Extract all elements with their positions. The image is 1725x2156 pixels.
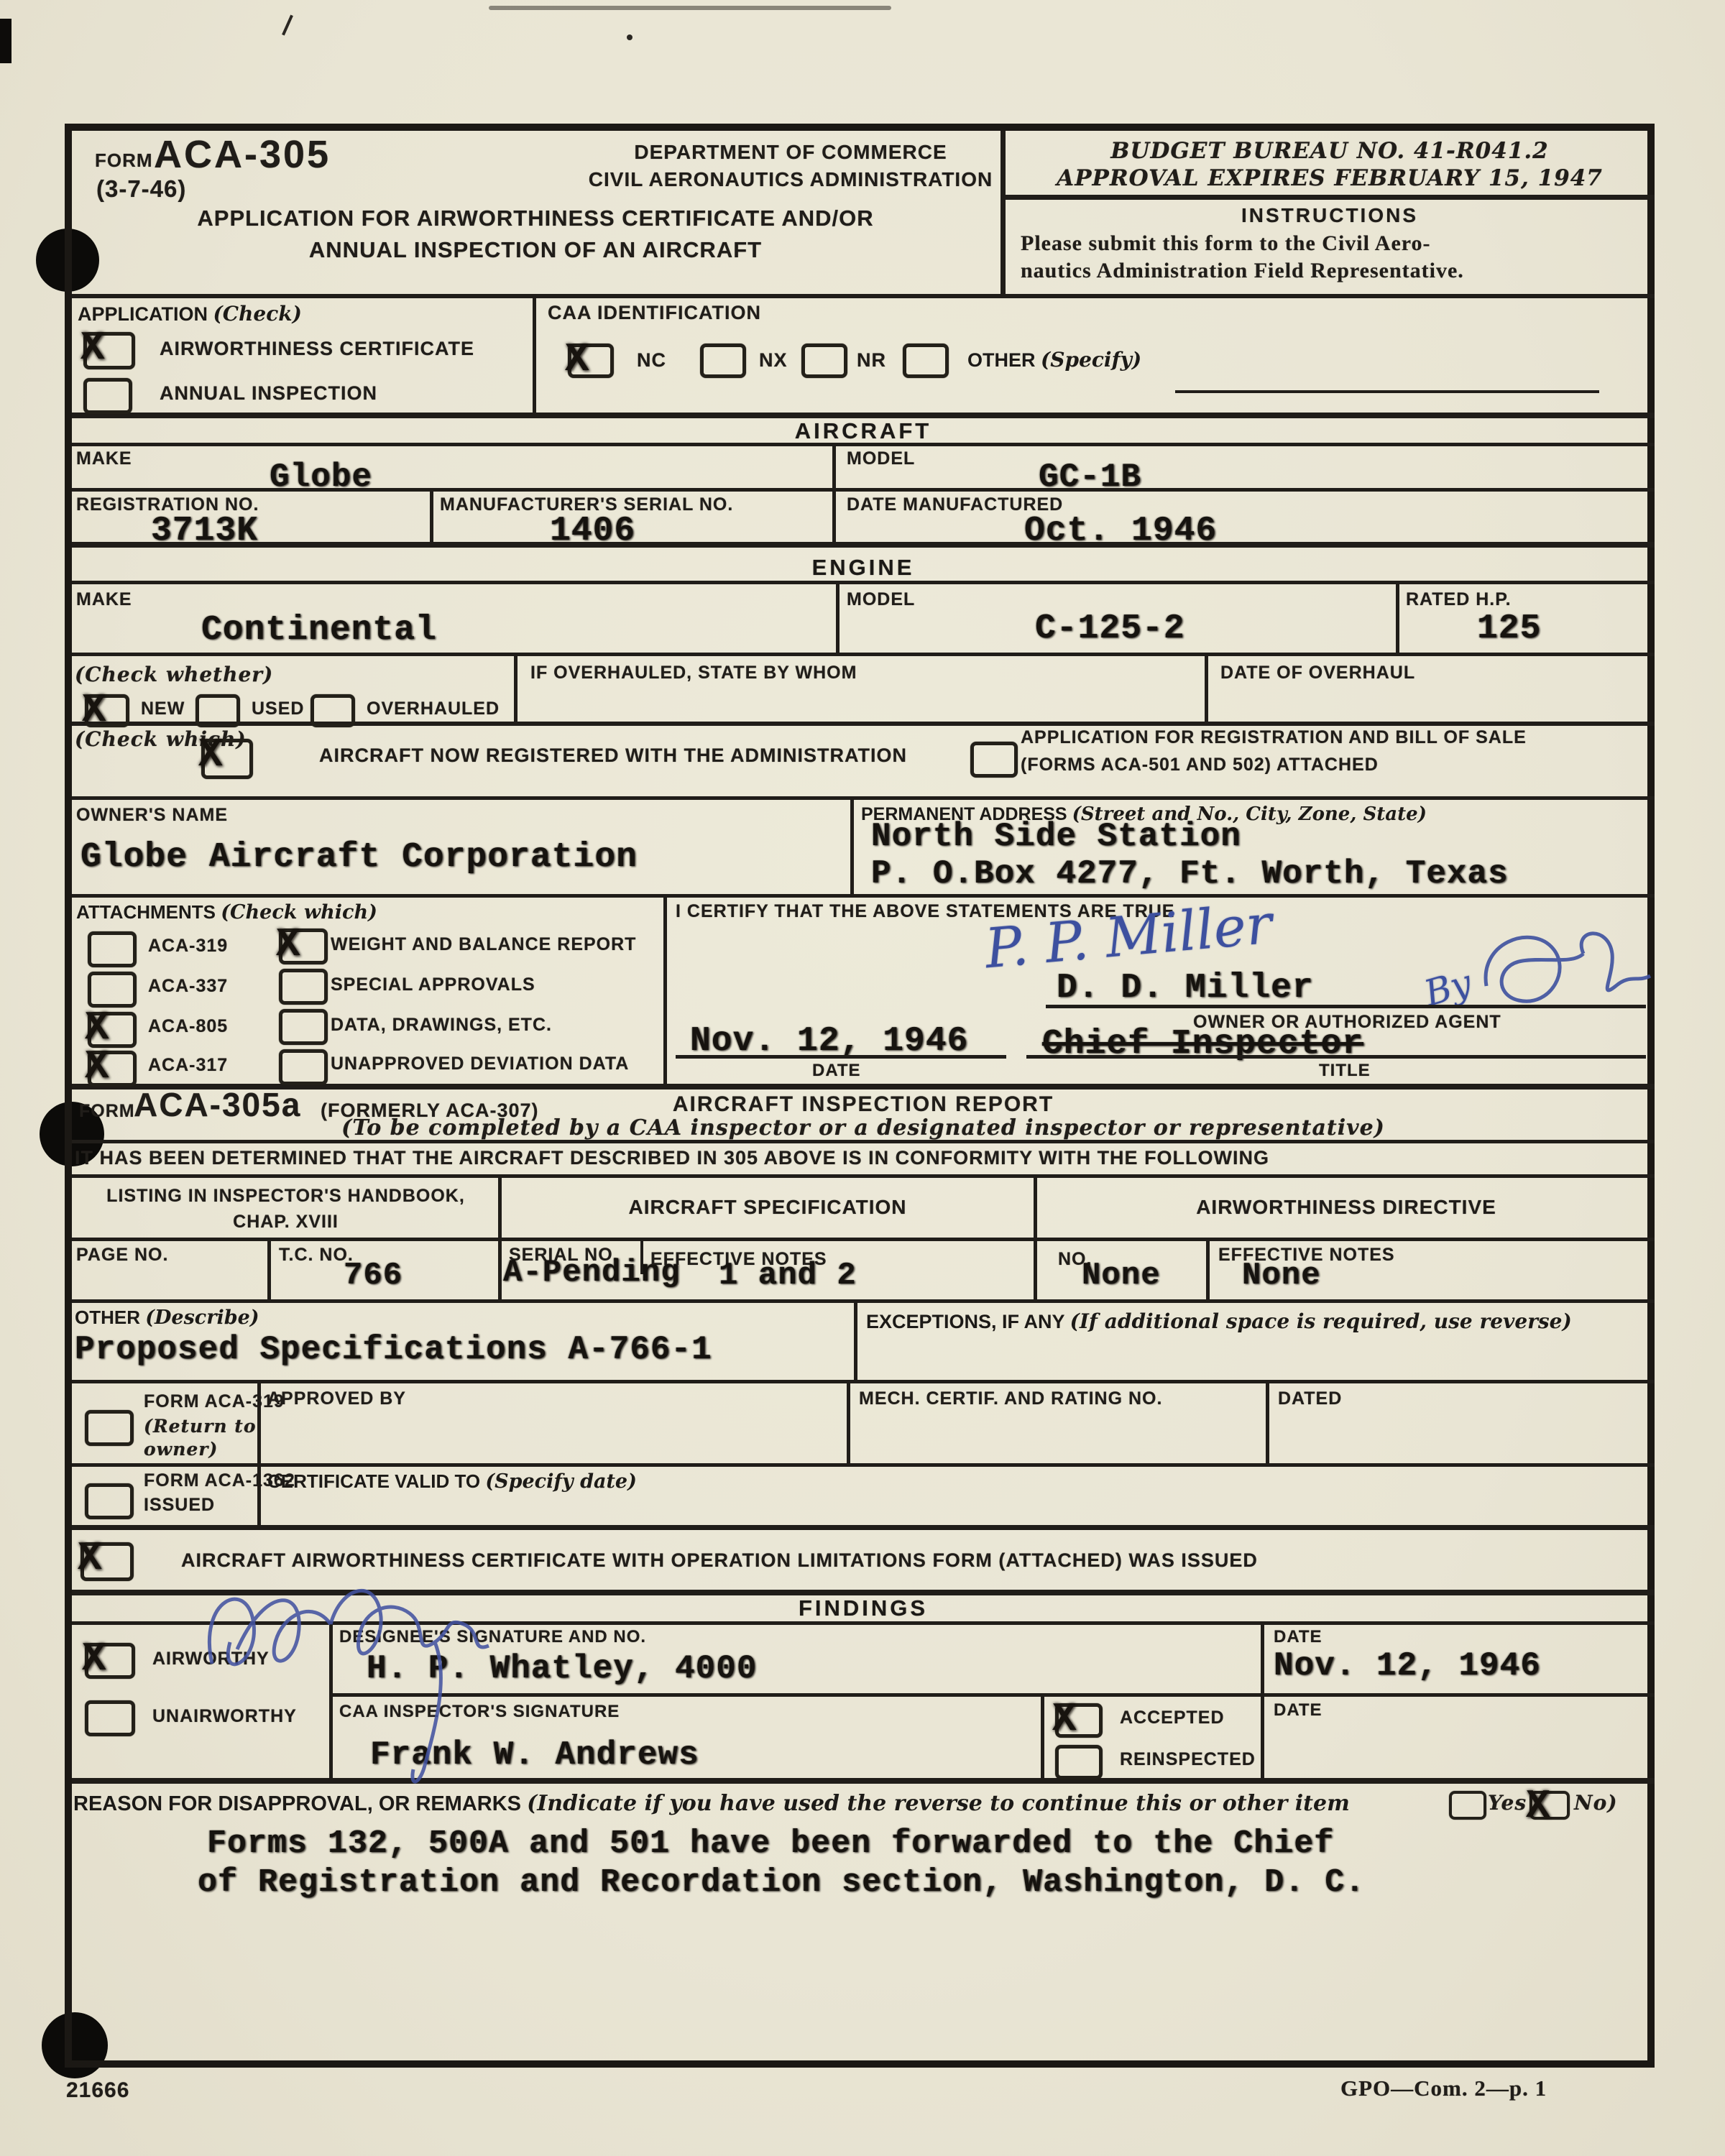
divider (72, 722, 1655, 726)
certification-date-label: DATE (812, 1061, 861, 1081)
registration-no-value: 3713K (151, 512, 258, 550)
overhauled-by-whom-label: IF OVERHAULED, STATE BY WHOM (530, 663, 857, 683)
weight-balance-label: WEIGHT AND BALANCE REPORT (331, 934, 636, 955)
findings-date1-label: DATE (1274, 1627, 1322, 1647)
reason-yes-checkbox[interactable] (1449, 1791, 1486, 1820)
scan-edge-mark (0, 19, 11, 63)
divider (1261, 1625, 1264, 1779)
data-drawings-label: DATA, DRAWINGS, ETC. (331, 1015, 552, 1036)
divider (72, 581, 1655, 584)
form-word: FORM (95, 149, 153, 172)
other-describe-label-hint: (Describe) (145, 1307, 259, 1329)
annual-inspection-checkbox[interactable] (83, 378, 132, 414)
mech-certif-label: MECH. CERTIF. AND RATING NO. (859, 1388, 1162, 1409)
instructions-line2: nautics Administration Field Representat… (1021, 259, 1464, 283)
divider (1005, 195, 1655, 200)
weight-balance-checkbox[interactable]: X (279, 929, 328, 964)
tc-no-label: T.C. NO. (279, 1245, 354, 1266)
engine-new-label: NEW (141, 699, 185, 719)
directive-no-value: None (1082, 1258, 1161, 1294)
aca-319-label: ACA-319 (148, 936, 228, 957)
airworthiness-certificate-checkbox[interactable]: X (83, 332, 135, 369)
form-aca-319-return-line1: FORM ACA-319 (144, 1391, 285, 1412)
other-id-label-text: OTHER (967, 349, 1036, 371)
form-title-line2: ANNUAL INSPECTION OF AN AIRCRAFT (72, 237, 999, 263)
engine-used-checkbox[interactable] (195, 694, 240, 727)
approved-by-label: APPROVED BY (267, 1388, 406, 1409)
accepted-label: ACCEPTED (1120, 1708, 1225, 1728)
dated-label: DATED (1278, 1388, 1342, 1409)
footer-print-code: 21666 (66, 2078, 129, 2103)
owner-name-value: Globe Aircraft Corporation (80, 838, 638, 877)
engine-model-label: MODEL (847, 589, 915, 610)
divider (1041, 1697, 1044, 1779)
scanned-form-page: FORM ACA-305 (3-7-46) DEPARTMENT OF COMM… (0, 0, 1725, 2156)
engine-make-value: Continental (201, 611, 437, 650)
divider (267, 1241, 271, 1302)
attachments-label: ATTACHMENTS (Check which) (76, 901, 377, 923)
reason-remarks-hint: (Indicate if you have used the reverse t… (527, 1791, 1350, 1816)
divider (663, 898, 667, 1087)
other-id-blank-line[interactable] (1175, 390, 1599, 393)
divider (847, 1383, 850, 1465)
scan-streak (489, 6, 891, 10)
footer-gpo: GPO—Com. 2—p. 1 (1340, 2076, 1547, 2101)
findings-date2-label: DATE (1274, 1700, 1322, 1720)
col-listing-line2: CHAP. XVIII (72, 1212, 500, 1233)
nr-checkbox[interactable] (801, 344, 847, 378)
department-line2: CIVIL AERONAUTICS ADMINISTRATION (568, 168, 1013, 191)
registered-checkbox[interactable]: X (201, 739, 253, 779)
date-of-overhaul-label: DATE OF OVERHAUL (1220, 663, 1415, 683)
instructions-line1: Please submit this form to the Civil Aer… (1021, 231, 1431, 256)
certificate-valid-to-label: CERTIFICATE VALID TO (Specify date) (267, 1470, 637, 1493)
form-aca-1362-checkbox[interactable] (85, 1483, 134, 1519)
rated-hp-value: 125 (1477, 609, 1541, 648)
scan-dot (627, 34, 632, 40)
divider (72, 542, 1655, 548)
scan-scratch (282, 14, 293, 35)
other-describe-value: Proposed Specifications A-766-1 (75, 1331, 712, 1368)
divider (850, 800, 854, 897)
registration-attached-line1: APPLICATION FOR REGISTRATION AND BILL OF… (1021, 727, 1527, 748)
divider (854, 1303, 857, 1382)
check-whether-label: (Check whether) (75, 663, 273, 686)
other-describe-label: OTHER (Describe) (75, 1307, 259, 1329)
registered-label: AIRCRAFT NOW REGISTERED WITH THE ADMINIS… (319, 745, 907, 767)
designee-signature-flourish (198, 1556, 543, 1793)
exceptions-label: EXCEPTIONS, IF ANY (If additional space … (866, 1307, 1642, 1337)
application-label-text: APPLICATION (78, 303, 208, 325)
nx-label: NX (759, 349, 788, 372)
annual-inspection-label: ANNUAL INSPECTION (160, 382, 377, 405)
aca-337-checkbox[interactable] (88, 972, 137, 1008)
reason-yes-label: Yes (1488, 1791, 1527, 1815)
nc-checkbox[interactable]: X (568, 344, 614, 378)
divider (514, 656, 517, 723)
spec-effective-notes-value: 1 and 2 (719, 1258, 857, 1294)
tc-no-value: 766 (344, 1258, 402, 1294)
engine-new-checkbox[interactable]: X (85, 694, 129, 727)
form-title-line1: APPLICATION FOR AIRWORTHINESS CERTIFICAT… (72, 206, 999, 231)
registration-attached-checkbox[interactable] (970, 742, 1018, 778)
divider (832, 446, 836, 489)
certificate-valid-to-text: CERTIFICATE VALID TO (267, 1470, 480, 1492)
inspection-report-subtitle: (To be completed by a CAA inspector or a… (72, 1115, 1655, 1141)
divider (72, 1380, 1655, 1383)
aca-337-label: ACA-337 (148, 976, 228, 997)
col-listing-line1: LISTING IN INSPECTOR'S HANDBOOK, (72, 1186, 500, 1207)
divider (72, 796, 1655, 800)
aircraft-make-value: Globe (270, 459, 372, 496)
form-aca-319-return-checkbox[interactable] (85, 1410, 134, 1446)
airworthiness-issued-checkbox[interactable]: X (80, 1542, 134, 1581)
col-airworthiness-directive: AIRWORTHINESS DIRECTIVE (1037, 1196, 1655, 1219)
checkbox-mark: X (276, 921, 300, 967)
accepted-checkbox[interactable]: X (1055, 1703, 1103, 1738)
airworthy-checkbox[interactable]: X (85, 1643, 135, 1679)
checkbox-mark: X (565, 336, 589, 382)
divider (72, 1299, 1655, 1303)
divider (72, 1525, 1655, 1530)
other-describe-label-text: OTHER (75, 1307, 140, 1328)
divider (533, 298, 536, 415)
reason-no-label: No) (1574, 1791, 1618, 1815)
department-line1: DEPARTMENT OF COMMERCE (589, 141, 992, 164)
form-number: ACA-305 (154, 132, 331, 177)
rated-hp-label: RATED H.P. (1406, 589, 1512, 610)
divider (1396, 584, 1399, 654)
divider (836, 584, 839, 654)
nc-label: NC (637, 349, 666, 372)
reason-no-checkbox[interactable]: X (1529, 1791, 1570, 1820)
divider (72, 294, 1655, 298)
owner-signature-line[interactable] (1046, 1005, 1646, 1008)
checkbox-mark: X (198, 732, 223, 778)
engine-overhauled-checkbox[interactable] (310, 694, 355, 727)
checkbox-mark: X (85, 1044, 109, 1089)
application-label-hint: (Check) (213, 302, 302, 326)
remarks-line1: Forms 132, 500A and 501 have been forwar… (207, 1825, 1334, 1862)
checkbox-mark: X (82, 1636, 106, 1682)
directive-effective-notes-value: None (1242, 1258, 1321, 1294)
form-aca-319-return-line3: owner) (144, 1439, 218, 1460)
owner-signature-typed: D. D. Miller (1057, 969, 1314, 1008)
reinspected-checkbox[interactable] (1055, 1745, 1103, 1779)
form-aca-1362-line2: ISSUED (144, 1495, 215, 1516)
divider (72, 1238, 1655, 1241)
data-drawings-checkbox[interactable] (279, 1009, 328, 1045)
divider (1205, 656, 1208, 723)
reason-remarks-label: REASON FOR DISAPPROVAL, OR REMARKS (Indi… (73, 1791, 1350, 1816)
unairworthy-checkbox[interactable] (85, 1700, 135, 1736)
nr-label: NR (857, 349, 886, 372)
findings-date1-value: Nov. 12, 1946 (1274, 1647, 1541, 1685)
form-aca-319-return-line2: (Return to (144, 1416, 257, 1437)
remarks-line2: of Registration and Recordation section,… (198, 1864, 1365, 1901)
checkbox-mark: X (1052, 1696, 1077, 1742)
airworthiness-certificate-label: AIRWORTHINESS CERTIFICATE (160, 338, 474, 360)
divider (72, 1174, 1655, 1178)
aca-805-label: ACA-805 (148, 1016, 228, 1037)
serial-no-value: 1406 (550, 512, 635, 550)
certification-title-label: TITLE (1319, 1061, 1371, 1081)
budget-bureau-line1: BUDGET BUREAU NO. 41-R041.2 (1005, 138, 1655, 164)
other-id-label-hint: (Specify) (1041, 348, 1141, 372)
aircraft-section-title: AIRCRAFT (72, 418, 1655, 444)
exceptions-label-hint: (If additional space is required, use re… (1070, 1309, 1572, 1333)
engine-make-label: MAKE (76, 589, 132, 610)
checkbox-mark: X (78, 1535, 102, 1581)
caa-identification-label: CAA IDENTIFICATION (548, 302, 761, 324)
other-id-label: OTHER (Specify) (967, 348, 1141, 372)
inspection-report-title: AIRCRAFT INSPECTION REPORT (72, 1092, 1655, 1117)
divider (1206, 1241, 1210, 1302)
reinspected-label: REINSPECTED (1120, 1749, 1256, 1770)
owner-address-line1: North Side Station (871, 818, 1241, 855)
certification-date-line[interactable] (676, 1055, 1006, 1059)
owner-name-label: OWNER'S NAME (76, 805, 228, 826)
nx-checkbox[interactable] (700, 344, 746, 378)
exceptions-label-text: EXCEPTIONS, IF ANY (866, 1311, 1064, 1332)
divider (832, 492, 836, 543)
other-id-checkbox[interactable] (903, 344, 949, 378)
aircraft-model-label: MODEL (847, 448, 915, 469)
divider (72, 1463, 1655, 1467)
aca-319-checkbox[interactable] (88, 931, 137, 967)
certification-title-line[interactable] (1026, 1055, 1646, 1059)
engine-section-title: ENGINE (72, 555, 1655, 581)
attachments-label-hint: (Check which) (221, 901, 377, 923)
unapproved-deviation-checkbox[interactable] (279, 1049, 328, 1085)
checkbox-mark: X (80, 325, 105, 371)
engine-used-label: USED (252, 699, 304, 719)
form-revision: (3-7-46) (96, 175, 186, 203)
conformity-statement: IT HAS BEEN DETERMINED THAT THE AIRCRAFT… (75, 1147, 1269, 1169)
registration-attached-line2: (FORMS ACA-501 AND 502) ATTACHED (1021, 755, 1379, 775)
divider (72, 894, 1655, 898)
divider (72, 653, 1655, 656)
owner-address-line2: P. O.Box 4277, Ft. Worth, Texas (871, 855, 1509, 893)
certificate-valid-to-hint: (Specify date) (485, 1470, 637, 1493)
divider (430, 492, 433, 543)
aca-317-checkbox[interactable]: X (88, 1051, 137, 1087)
aca-805-checkbox[interactable]: X (88, 1012, 137, 1048)
engine-model-value: C-125-2 (1035, 609, 1185, 648)
reason-remarks-text: REASON FOR DISAPPROVAL, OR REMARKS (73, 1792, 521, 1815)
divider (1266, 1383, 1269, 1465)
checkbox-mark: X (1526, 1783, 1550, 1829)
application-label: APPLICATION (Check) (78, 302, 302, 326)
divider (72, 413, 1655, 418)
page-no-label: PAGE NO. (76, 1245, 168, 1266)
attachments-label-text: ATTACHMENTS (76, 901, 216, 923)
special-approvals-label: SPECIAL APPROVALS (331, 975, 535, 995)
checkbox-mark: X (82, 687, 106, 733)
special-approvals-checkbox[interactable] (279, 969, 328, 1005)
aircraft-model-value: GC-1B (1039, 459, 1141, 496)
budget-bureau-line2: APPROVAL EXPIRES FEBRUARY 15, 1947 (1005, 165, 1655, 191)
engine-overhauled-label: OVERHAULED (367, 699, 500, 719)
unapproved-deviation-label: UNAPPROVED DEVIATION DATA (331, 1054, 629, 1074)
aircraft-make-label: MAKE (76, 448, 132, 469)
date-manufactured-value: Oct. 1946 (1024, 512, 1217, 550)
col-aircraft-specification: AIRCRAFT SPECIFICATION (502, 1196, 1034, 1219)
aca-317-label: ACA-317 (148, 1055, 228, 1076)
instructions-title: INSTRUCTIONS (1005, 204, 1655, 227)
